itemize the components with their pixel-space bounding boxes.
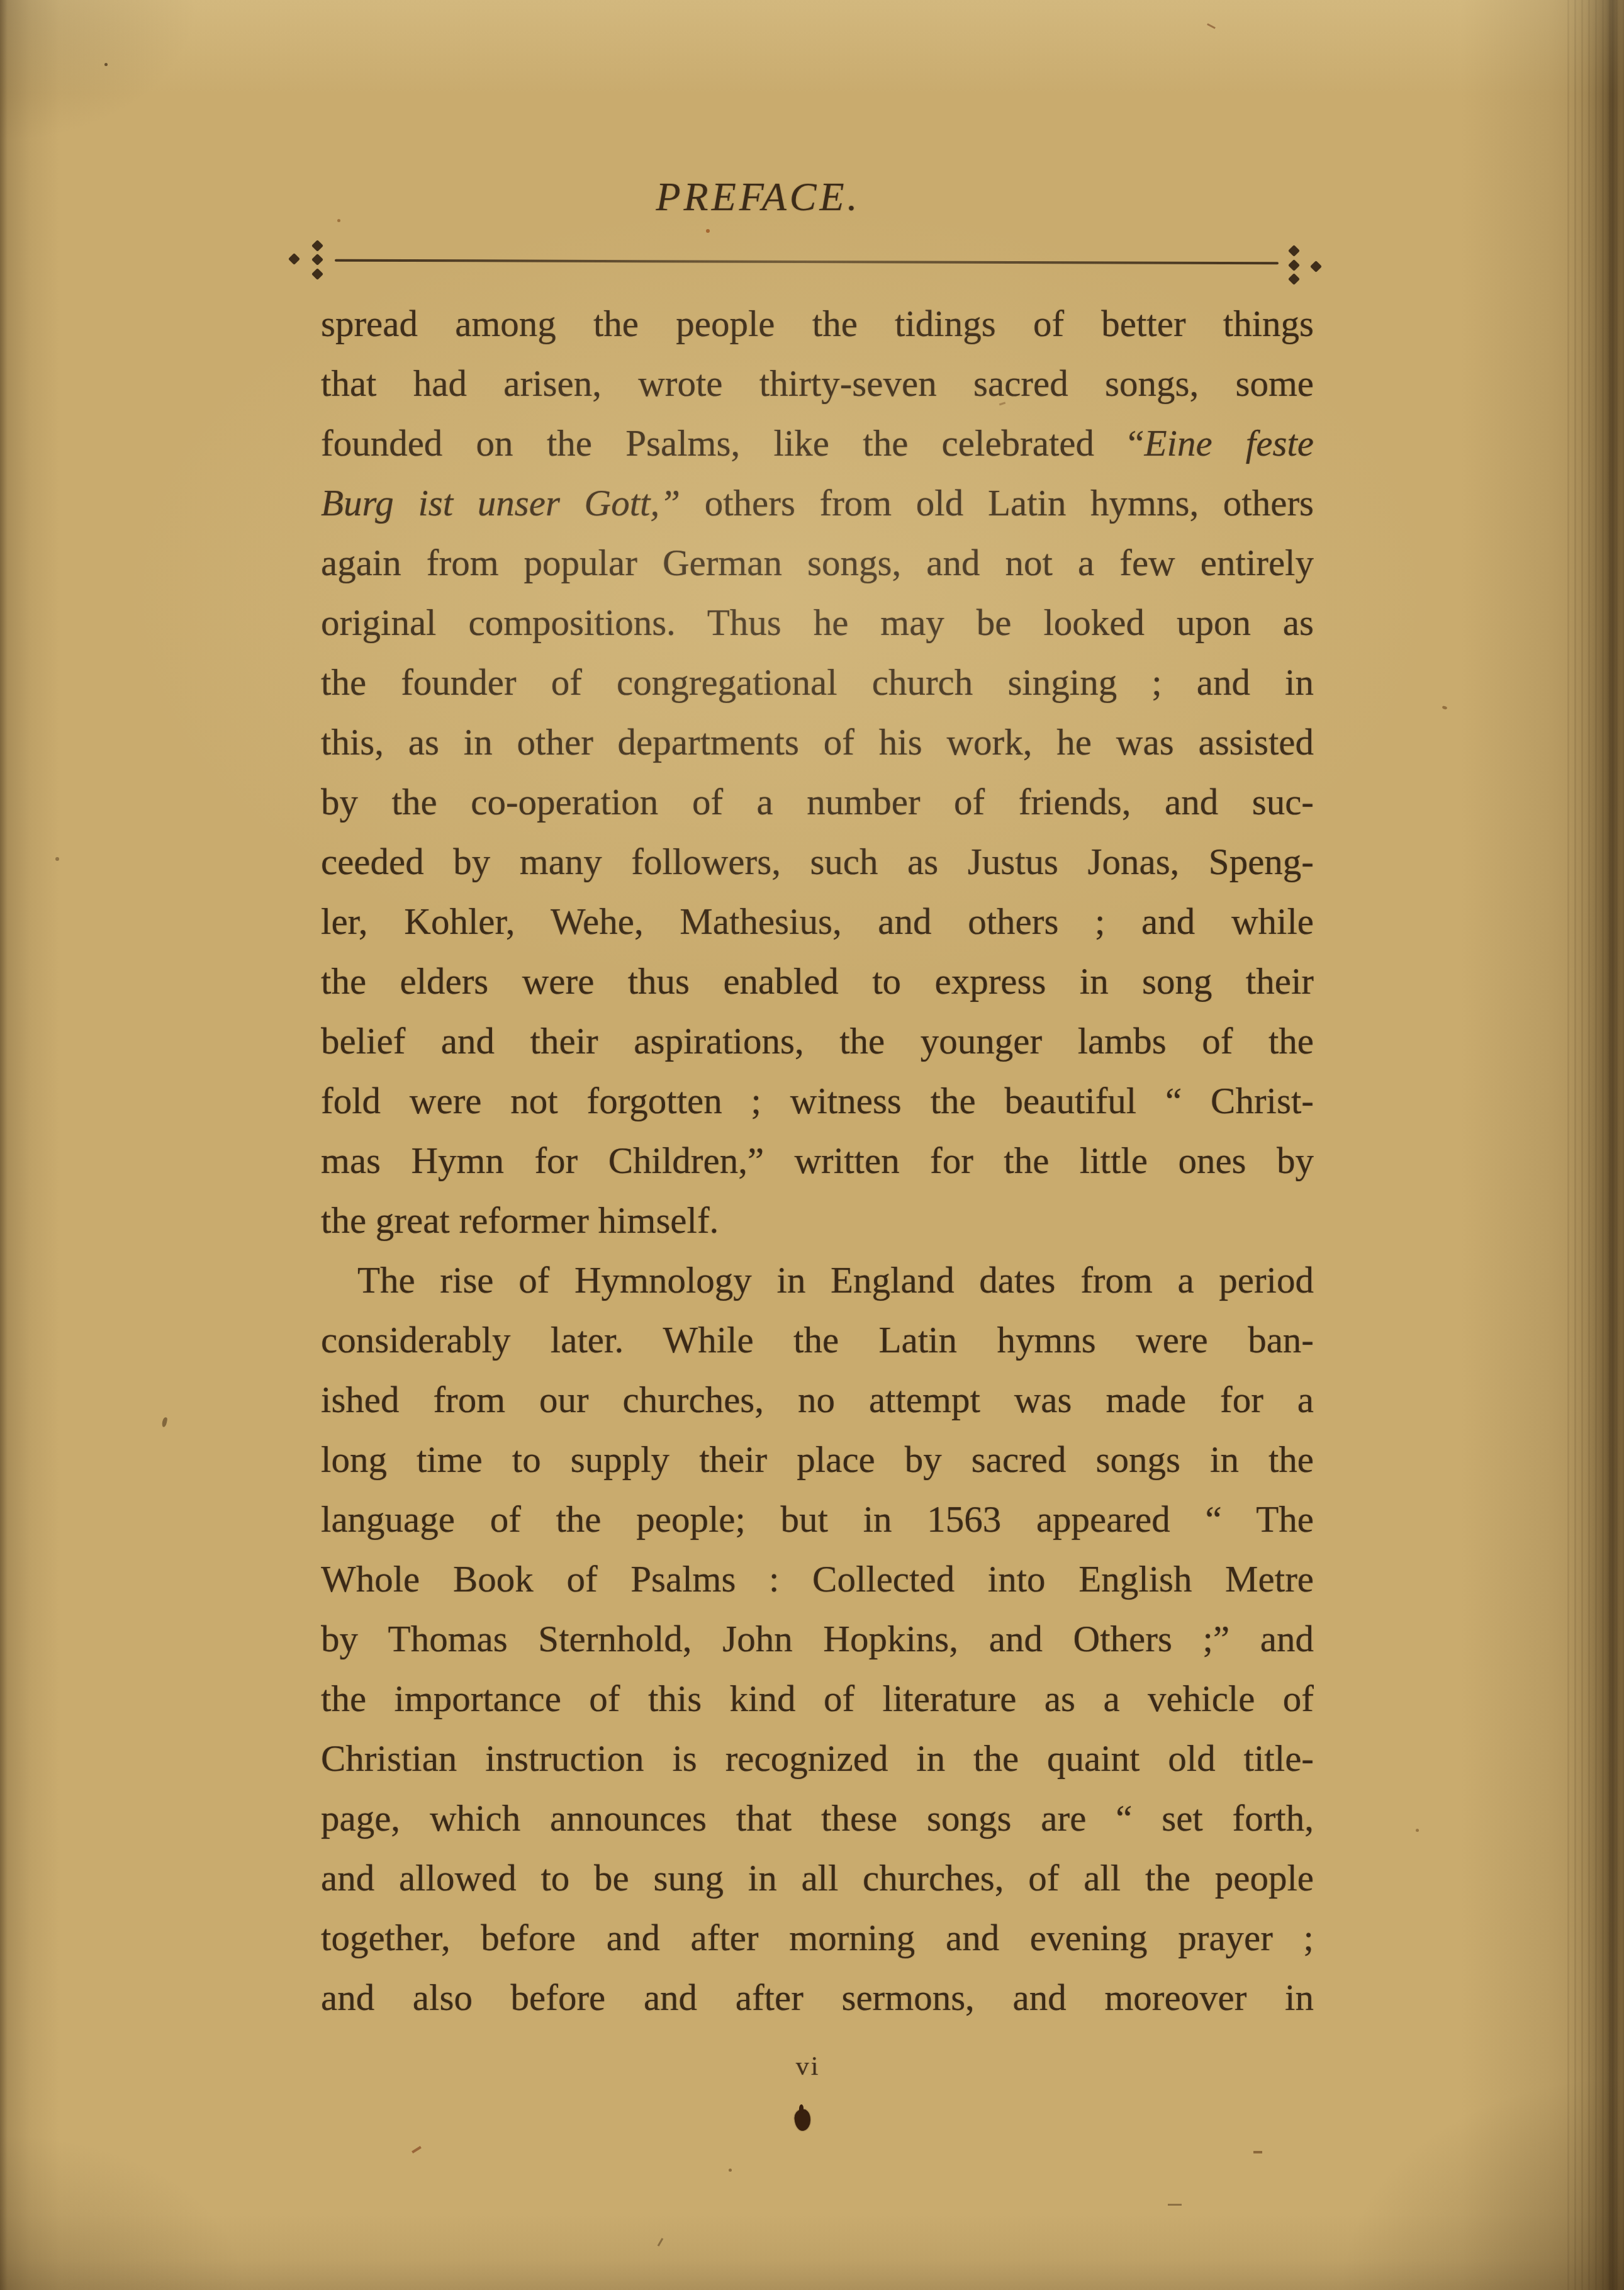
text-line: the founder of congregational church sin…	[321, 653, 1314, 712]
text-line: ceeded by many followers, such as Justus…	[321, 832, 1314, 892]
text-line: mas Hymn for Children,” written for the …	[321, 1131, 1314, 1191]
rule-ornament-diamond	[1288, 259, 1299, 271]
rule-ornament-diamond	[311, 254, 323, 265]
text-line: considerably later. While the Latin hymn…	[321, 1310, 1314, 1370]
rule-ornament-diamond	[1288, 273, 1299, 284]
body-text: spread among the people the tidings of b…	[321, 294, 1314, 2028]
paper-speck	[412, 2146, 422, 2153]
text-line: the importance of this kind of literatur…	[321, 1669, 1314, 1729]
text-line: and allowed to be sung in all churches, …	[321, 1848, 1314, 1908]
paper-speck	[1168, 2204, 1182, 2206]
text-line: long time to supply their place by sacre…	[321, 1430, 1314, 1490]
text-line: page, which announces that these songs a…	[321, 1788, 1314, 1848]
rule-ornament-diamond	[311, 240, 323, 251]
text-line: language of the people; but in 1563 appe…	[321, 1490, 1314, 1549]
paper-speck	[1416, 1829, 1419, 1832]
text-line: by the co-operation of a number of frien…	[321, 772, 1314, 832]
text-line: and also before and after sermons, and m…	[321, 1968, 1314, 2028]
text-line: Whole Book of Psalms : Collected into En…	[321, 1549, 1314, 1609]
text-line: again from popular German songs, and not…	[321, 533, 1314, 593]
paper-speck	[337, 219, 340, 222]
rule-ornament-diamond	[288, 253, 300, 264]
text-line: The rise of Hymnology in England dates f…	[321, 1250, 1314, 1310]
text-line: spread among the people the tidings of b…	[321, 294, 1314, 354]
text-line: by Thomas Sternhold, John Hopkins, and O…	[321, 1609, 1314, 1669]
page-edge-shadow	[1567, 0, 1624, 2290]
paper-speck	[1207, 23, 1216, 29]
text-line: ler, Kohler, Wehe, Mathesius, and others…	[321, 892, 1314, 951]
rule-ornament-diamond	[311, 268, 323, 279]
paper-speck	[729, 2169, 732, 2172]
text-line: founded on the Psalms, like the celebrat…	[321, 413, 1314, 473]
text-line: Burg ist unser Gott,” others from old La…	[321, 473, 1314, 533]
page-title: PREFACE.	[656, 174, 861, 220]
text-line: original compositions. Thus he may be lo…	[321, 593, 1314, 653]
ink-blot-mark	[793, 2109, 811, 2131]
paper-speck	[104, 63, 108, 66]
text-line: this, as in other departments of his wor…	[321, 712, 1314, 772]
page-number: vi	[796, 2051, 820, 2082]
paper-speck	[161, 1417, 167, 1427]
rule-ornament-diamond	[1288, 245, 1299, 256]
text-line: the great reformer himself.	[321, 1191, 1314, 1250]
text-line: that had arisen, wrote thirty-seven sacr…	[321, 354, 1314, 413]
paper-speck	[55, 857, 59, 861]
text-line: Christian instruction is recognized in t…	[321, 1729, 1314, 1788]
paper-speck	[706, 229, 710, 233]
text-line: ished from our churches, no attempt was …	[321, 1370, 1314, 1430]
text-line: belief and their aspirations, the younge…	[321, 1011, 1314, 1071]
paper-speck	[1442, 705, 1447, 710]
rule-ornament-diamond	[1310, 261, 1321, 272]
text-line: together, before and after morning and e…	[321, 1908, 1314, 1968]
text-line: the elders were thus enabled to express …	[321, 951, 1314, 1011]
paper-speck	[658, 2238, 664, 2247]
text-line: fold were not forgotten ; witness the be…	[321, 1071, 1314, 1131]
title-rule	[335, 259, 1279, 265]
book-page-scan: PREFACE. spread among the people the tid…	[0, 0, 1624, 2290]
paper-speck	[1253, 2151, 1262, 2153]
